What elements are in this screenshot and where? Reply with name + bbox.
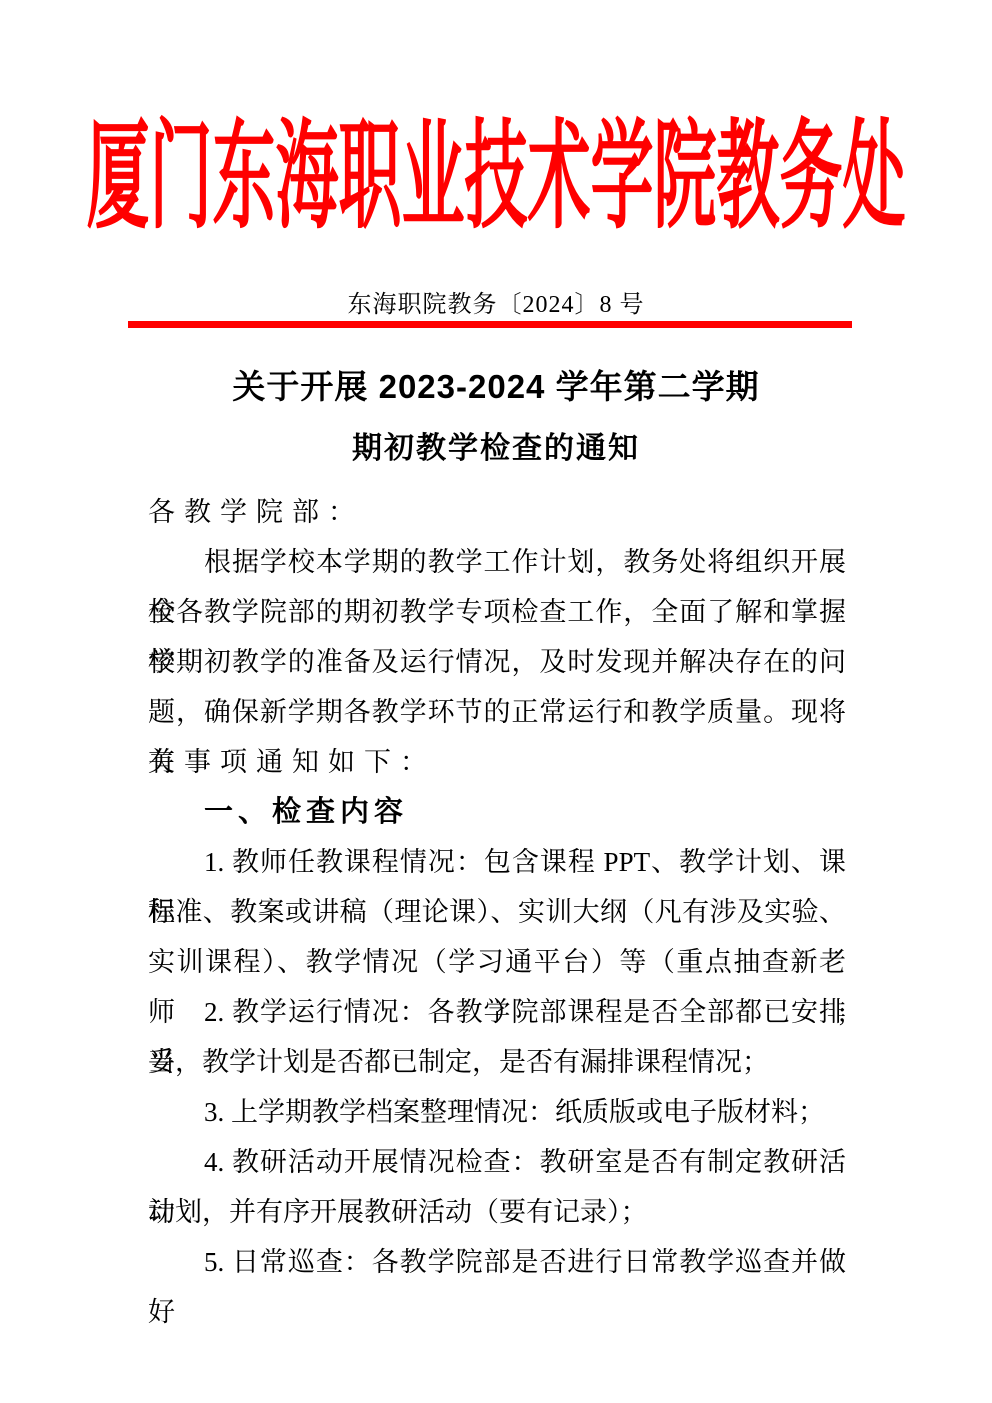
list-item-3-line: 3. 上学期教学档案整理情况：纸质版或电子版材料； (148, 1087, 846, 1137)
red-letterhead: 厦门东海职业技术学院教务处 (0, 119, 992, 182)
salutation-line: 各教学院部： (148, 487, 846, 537)
list-item-2-line: 2. 教学运行情况：各教学院部课程是否全部都已安排妥 (148, 987, 846, 1037)
body-line: 根据学校本学期的教学工作计划，教务处将组织开展全 (148, 537, 846, 587)
notice-title-line-1: 关于开展 2023-2024 学年第二学期 (0, 361, 992, 408)
document-number: 东海职院教务〔2024〕8 号 (0, 284, 992, 319)
red-divider-line (128, 321, 852, 328)
list-item-1-line: 实训课程）、教学情况（学习通平台）等（重点抽查新老师）; (148, 937, 846, 987)
notice-title-line-2: 期初教学检查的通知 (0, 423, 992, 467)
list-item-4-line: 4. 教研活动开展情况检查：教研室是否有制定教研活动 (148, 1137, 846, 1187)
section-heading: 一、检查内容 (148, 787, 846, 837)
list-item-1-line: 1. 教师任教课程情况：包含课程 PPT、教学计划、课程 (148, 837, 846, 887)
body-line: 校期初教学的准备及运行情况，及时发现并解决存在的问 (148, 637, 846, 687)
list-item-1-line: 标准、教案或讲稿（理论课）、实训大纲（凡有涉及实验、 (148, 887, 846, 937)
body-line: 关事项通知如下： (148, 737, 846, 787)
list-item-5-line: 5. 日常巡查：各教学院部是否进行日常教学巡查并做好 (148, 1237, 846, 1287)
institution-title: 厦门东海职业技术学院教务处 (87, 119, 906, 237)
list-item-4-line: 计划，并有序开展教研活动（要有记录）； (148, 1187, 846, 1237)
body-line: 校各教学院部的期初教学专项检查工作，全面了解和掌握学 (148, 587, 846, 637)
body-line: 题，确保新学期各教学环节的正常运行和教学质量。现将有 (148, 687, 846, 737)
list-item-2-line: 当，教学计划是否都已制定，是否有漏排课程情况； (148, 1037, 846, 1087)
official-notice-page: 厦门东海职业技术学院教务处 东海职院教务〔2024〕8 号 关于开展 2023-… (0, 0, 992, 1403)
notice-body: 各教学院部： 根据学校本学期的教学工作计划，教务处将组织开展全 校各教学院部的期… (148, 487, 846, 1287)
